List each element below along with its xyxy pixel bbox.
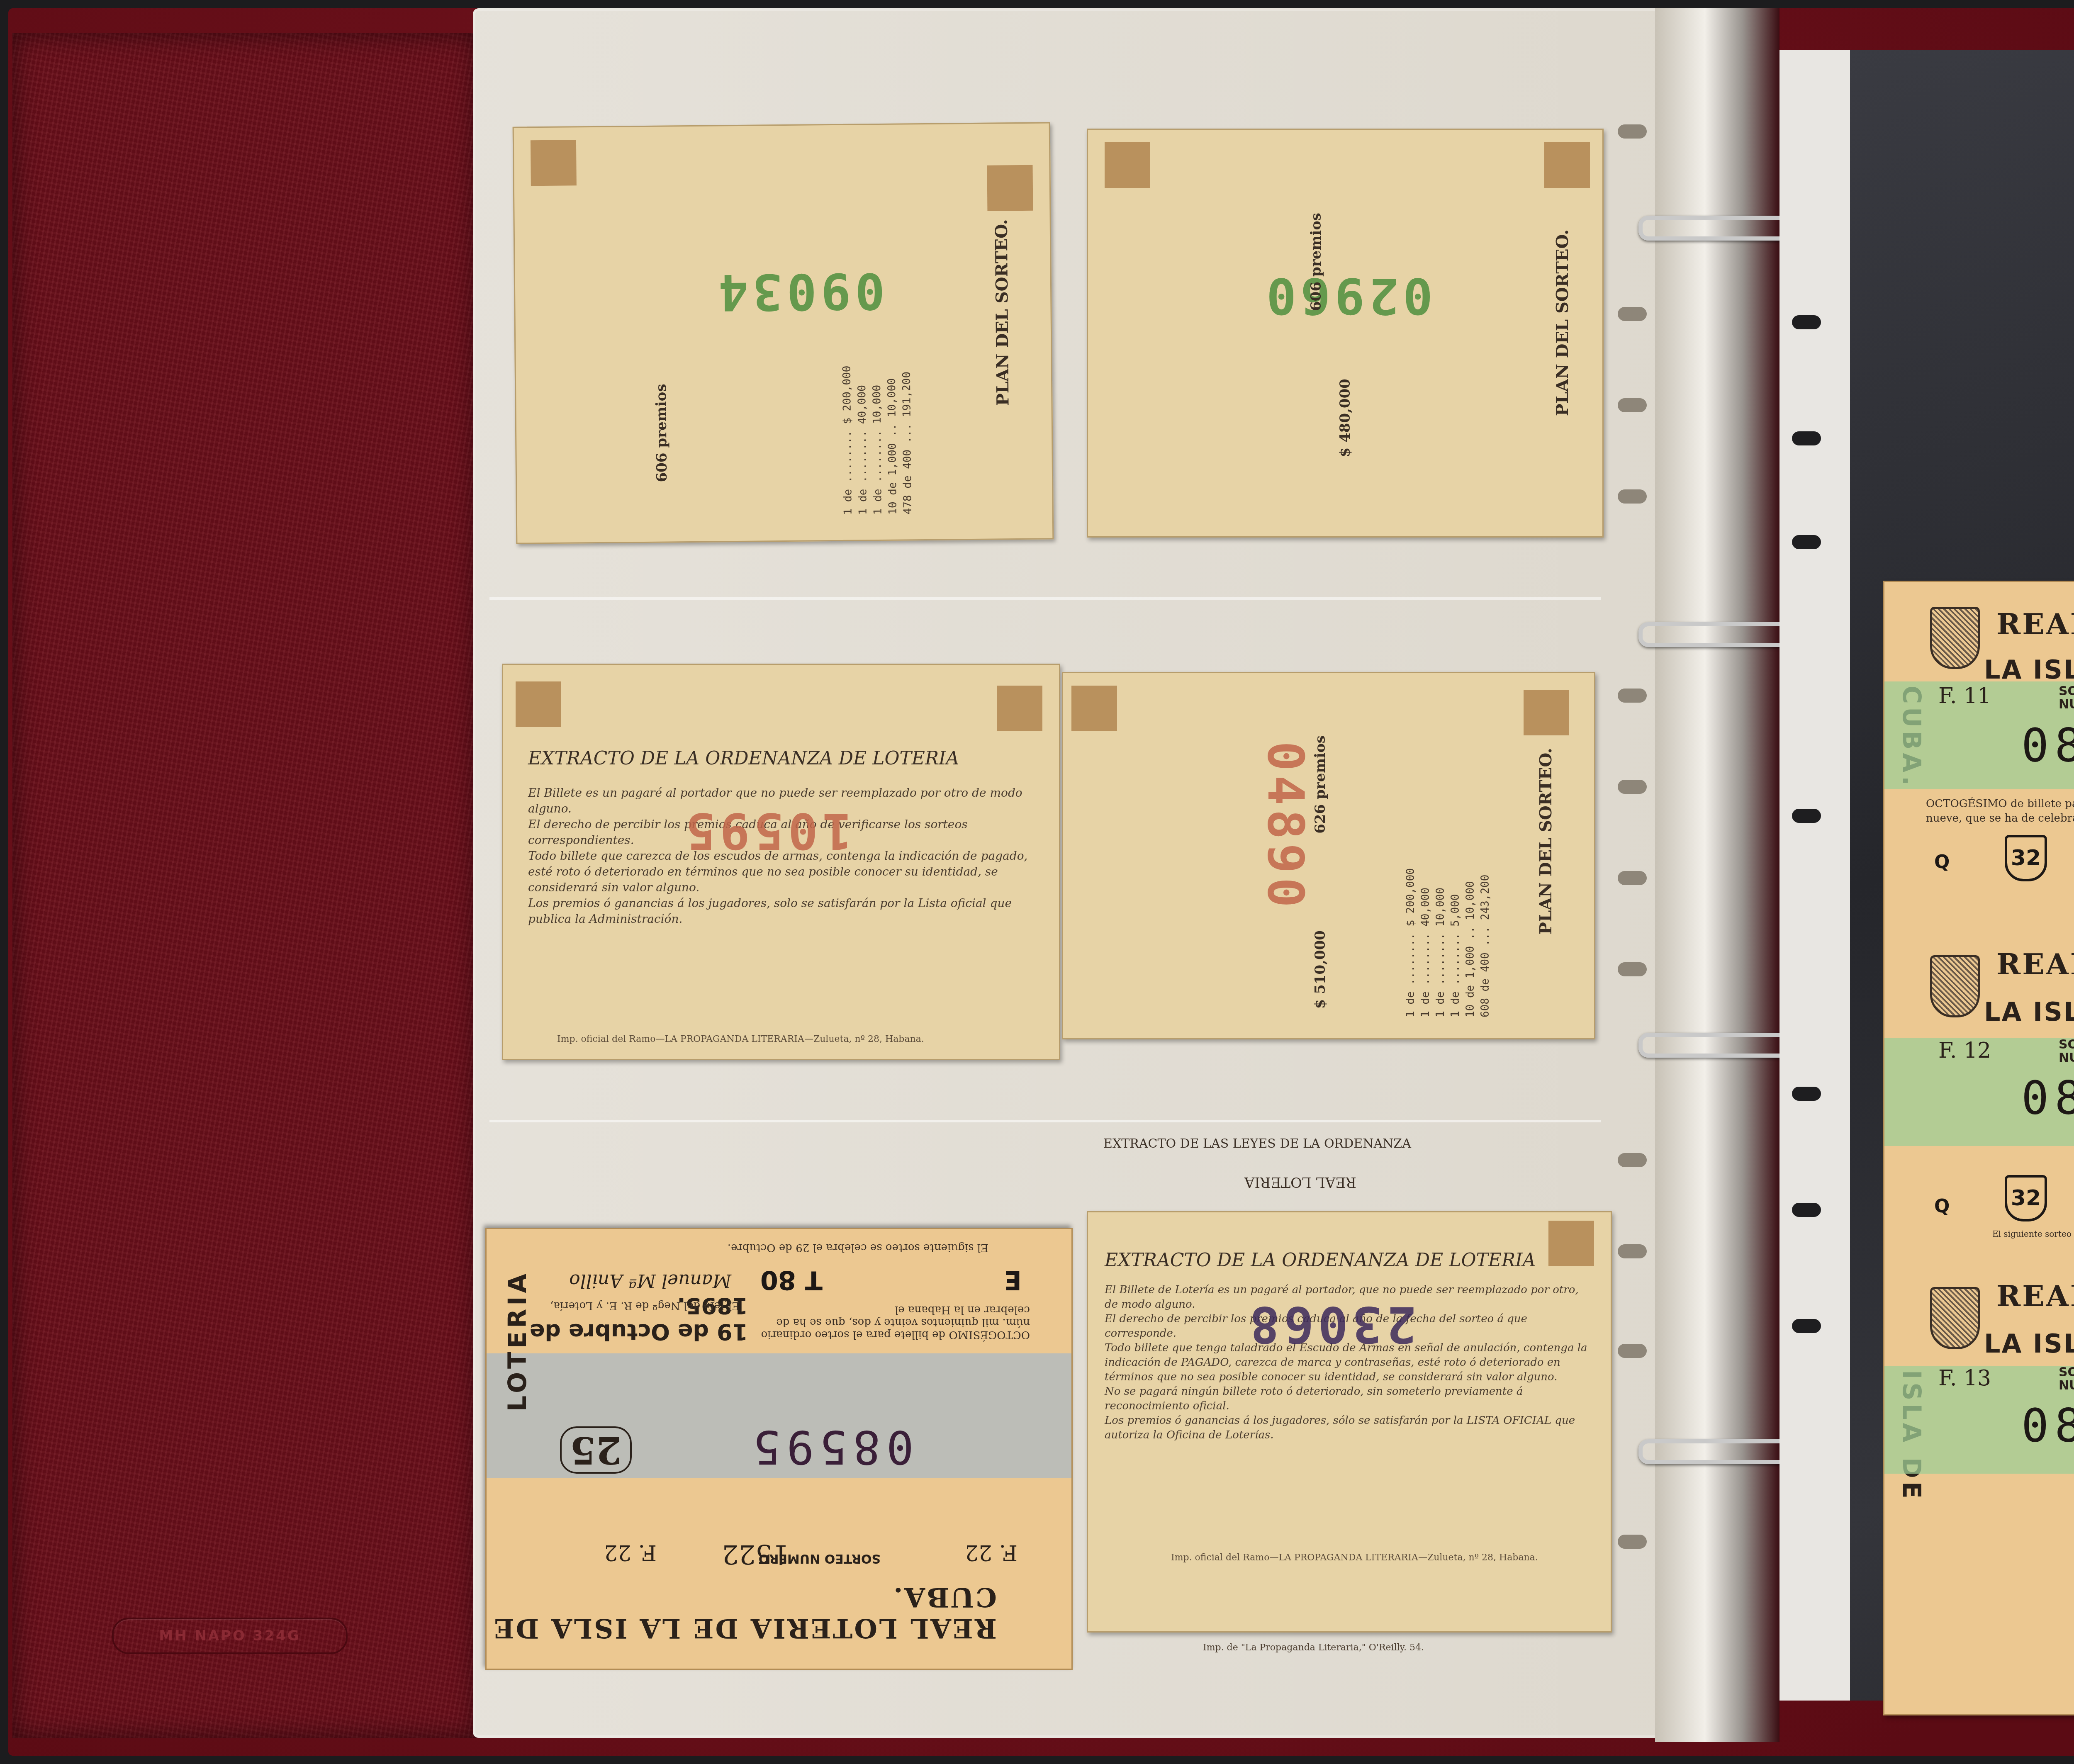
sorteo-label: SORTEONUMERO bbox=[2059, 1038, 2074, 1065]
official-title: El Jefe del Negº de R. E. y Lotería, bbox=[550, 1299, 740, 1312]
fraction-label: F. 12 bbox=[1938, 1038, 1991, 1063]
under-imprint: Imp. de "La Propaganda Literaria," O'Rei… bbox=[1203, 1642, 1424, 1653]
ticket-back-extracto[interactable]: EXTRACTO DE LA ORDENANZA DE LOTERIA El B… bbox=[502, 664, 1060, 1060]
printer-imprint: Imp. oficial del Ramo—LA PROPAGANDA LITE… bbox=[557, 1034, 924, 1044]
ticket-value: 25 bbox=[560, 1426, 632, 1474]
punch-hole bbox=[1618, 398, 1647, 412]
serial-stamp: 04890 bbox=[1256, 741, 1314, 912]
lottery-ticket-upside-down[interactable]: LOTERIA REAL LOTERIA DE LA ISLA DE CUBA.… bbox=[485, 1228, 1073, 1670]
serial-stamp: 09034 bbox=[714, 262, 885, 321]
extracto-title: EXTRACTO DE LA ORDENANZA DE LOTERIA bbox=[1105, 1250, 1536, 1271]
serial-stamp: 10595 bbox=[682, 802, 852, 859]
royal-crest-icon bbox=[1930, 607, 1980, 669]
ticket-isla: LA ISLA DE CUBA. bbox=[1984, 1328, 2074, 1359]
pocket-divider bbox=[489, 1120, 1601, 1122]
hinge-tape bbox=[1544, 142, 1590, 188]
premios-count: 606 premios bbox=[1308, 213, 1324, 311]
punch-hole bbox=[1618, 1535, 1647, 1549]
punch-hole bbox=[1792, 809, 1821, 823]
stamp-shield: 32 bbox=[2005, 1175, 2047, 1221]
punch-hole bbox=[1618, 962, 1647, 976]
pocket-divider bbox=[489, 597, 1601, 600]
ticket-number: 08815 bbox=[2021, 1399, 2074, 1452]
punch-hole bbox=[1618, 307, 1647, 321]
hinge-tape bbox=[516, 681, 561, 727]
punch-hole bbox=[1792, 1203, 1821, 1217]
punch-hole bbox=[1618, 871, 1647, 885]
series-letter: Q bbox=[1934, 1196, 1950, 1217]
series-code: T 80 bbox=[760, 1265, 823, 1295]
underlying-real-loteria: REAL LOTERIA bbox=[1244, 1174, 1356, 1190]
binder-spine bbox=[1655, 8, 1779, 1742]
prize-list: 1 de ........ $ 200,000 1 de ........ 40… bbox=[1403, 748, 1493, 1017]
royal-crest-icon bbox=[1930, 1287, 1980, 1349]
signature: Manuel Mª Anillo bbox=[569, 1270, 731, 1291]
hinge-tape bbox=[1071, 686, 1117, 731]
printer-imprint: Imp. oficial del Ramo—LA PROPAGANDA LITE… bbox=[1171, 1552, 1538, 1563]
ticket-back-plan[interactable]: PLAN DEL SORTEO. 1 de ........ $ 200,000… bbox=[513, 122, 1054, 544]
hinge-tape bbox=[997, 686, 1042, 731]
punch-hole bbox=[1618, 689, 1647, 703]
lottery-ticket-strip[interactable]: CUBA. ISLA DE REAL LOTERIA DE LA ISLA DE… bbox=[1883, 581, 2074, 1715]
punch-hole bbox=[1618, 1344, 1647, 1358]
fraction-label: F. 11 bbox=[1938, 684, 1991, 708]
ticket-real: REAL bbox=[1996, 947, 2074, 981]
hinge-tape bbox=[1548, 1221, 1594, 1266]
fraction-label: F. 13 bbox=[1938, 1366, 1991, 1391]
embossed-brand-logo: MH NAPO 324G bbox=[112, 1618, 348, 1654]
plan-total: $ 510,000 bbox=[1312, 930, 1329, 1009]
ticket-back-plan[interactable]: PLAN DEL SORTEO. 1 de ........ $ 200,000… bbox=[1062, 672, 1595, 1039]
ticket-number: 08815 bbox=[2021, 1071, 2074, 1124]
ticket-text: nueve, que se ha de celebrar en la Haban… bbox=[1926, 812, 2074, 825]
punch-hole bbox=[1792, 315, 1821, 329]
next-draw-note: El siguiente sorteo se celebra el 28 de … bbox=[1992, 1229, 2074, 1239]
ticket-back-extracto[interactable]: EXTRACTO DE LA ORDENANZA DE LOTERIA El B… bbox=[1087, 1211, 1612, 1633]
fraction-label: F. 22 bbox=[965, 1540, 1018, 1565]
hinge-tape bbox=[1524, 690, 1569, 735]
plan-title: PLAN DEL SORTEO. bbox=[1536, 748, 1555, 934]
ticket-text: OCTOGÉSIMO de billete para el sorteo ord… bbox=[1926, 798, 2074, 810]
hinge-tape bbox=[531, 140, 577, 186]
series-letter: E bbox=[1004, 1265, 1022, 1295]
series-letter: Q bbox=[1934, 852, 1950, 873]
plan-total: $ 480,000 bbox=[1337, 379, 1353, 457]
premios-count: 626 premios bbox=[1312, 735, 1329, 834]
punch-hole bbox=[1792, 431, 1821, 445]
fraction-label: F. 22 bbox=[604, 1540, 657, 1565]
album-inside-cover-left bbox=[12, 33, 477, 1738]
punch-hole bbox=[1792, 1087, 1821, 1101]
royal-crest-icon bbox=[1930, 955, 1980, 1017]
serial-stamp: 23068 bbox=[1246, 1295, 1416, 1353]
ticket-real: REAL bbox=[1996, 607, 2074, 641]
punch-hole bbox=[1618, 1153, 1647, 1167]
punch-hole bbox=[1618, 124, 1647, 139]
punch-hole bbox=[1618, 1244, 1647, 1258]
ticket-text: OCTOGÉSIMO de billete para el sorteo ord… bbox=[756, 1304, 1030, 1341]
sorteo-number: 1522 bbox=[722, 1538, 789, 1569]
ticket-number: 08815 bbox=[2021, 719, 2074, 772]
ticket-isla: LA ISLA DE CUBA. bbox=[1984, 655, 2074, 685]
punch-hole bbox=[1792, 535, 1821, 549]
serial-stamp: 02960 bbox=[1262, 267, 1433, 324]
hinge-tape bbox=[1105, 142, 1150, 188]
next-draw-note: El siguiente sorteo se celebra el 29 de … bbox=[728, 1241, 988, 1254]
extracto-title: EXTRACTO DE LA ORDENANZA DE LOTERIA bbox=[528, 748, 959, 769]
ticket-header: REAL LOTERIA DE LA ISLA DE CUBA. bbox=[487, 1582, 997, 1644]
underlying-extracto-heading: EXTRACTO DE LAS LEYES DE LA ORDENANZA bbox=[1103, 1136, 1411, 1151]
ticket-isla: LA ISLA DE CUBA. bbox=[1984, 997, 2074, 1027]
ticket-real: REAL bbox=[1996, 1279, 2074, 1313]
punch-hole bbox=[1792, 1319, 1821, 1333]
punch-hole bbox=[1618, 780, 1647, 794]
sorteo-label: SORTEONUMERO bbox=[2059, 1366, 2074, 1392]
sorteo-label: SORTEONUMERO bbox=[2059, 685, 2074, 711]
premios-count: 606 premios bbox=[653, 384, 670, 482]
ticket-number: 08595 bbox=[747, 1421, 914, 1474]
stamp-shield: 32 bbox=[2005, 835, 2047, 881]
plan-title: PLAN DEL SORTEO. bbox=[1553, 229, 1572, 416]
punch-hole bbox=[1618, 489, 1647, 504]
hinge-tape bbox=[987, 165, 1033, 211]
ticket-back-plan[interactable]: PLAN DEL SORTEO. 02960 $ 480,000 606 pre… bbox=[1087, 129, 1604, 538]
plan-title: PLAN DEL SORTEO. bbox=[992, 219, 1013, 406]
